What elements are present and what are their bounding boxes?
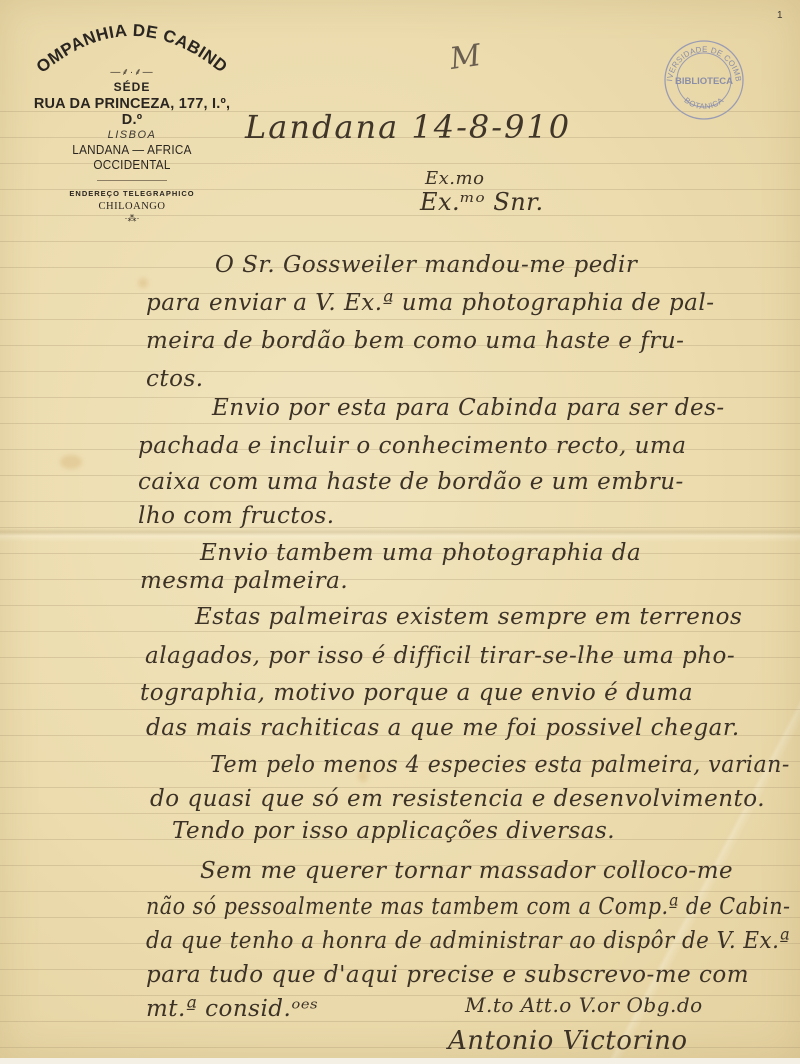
letter-line: Sem me querer tornar massador colloco-me bbox=[200, 858, 733, 884]
letter-line: caixa com uma haste de bordão e um embru… bbox=[138, 469, 684, 495]
letter-line: Envio tambem uma photographia da bbox=[200, 540, 641, 566]
letter-line: Tendo por isso applicações diversas. bbox=[172, 818, 615, 844]
letter-line: da que tenho a honra de administrar ao d… bbox=[146, 928, 790, 954]
library-stamp-icon: UNIVERSIDADE DE COIMBRA BOTANICA BIBLIOT… bbox=[662, 38, 746, 122]
telegraph-label: ENDEREÇO TELEGRAPHICO bbox=[22, 189, 242, 198]
letterhead: COMPANHIA DE CABINDA —⸙·⸙— SÉDE RUA DA P… bbox=[22, 6, 242, 224]
stamp-center-text: BIBLIOTECA bbox=[675, 76, 733, 87]
letter-line: mesma palmeira. bbox=[140, 568, 348, 594]
letter-line: Estas palmeiras existem sempre em terren… bbox=[195, 604, 742, 630]
sede-label: SÉDE bbox=[22, 80, 242, 94]
company-address: RUA DA PRINCEZA, 177, I.º, D.º bbox=[22, 96, 242, 128]
closing: M.to Att.o V.or Obg.do bbox=[465, 993, 703, 1017]
letter-line: ctos. bbox=[146, 366, 204, 392]
telegraph-address: CHILOANGO bbox=[22, 201, 242, 212]
company-city: LISBOA bbox=[22, 129, 242, 141]
company-region: LANDANA — AFRICA OCCIDENTAL bbox=[33, 142, 231, 172]
letter-line: das mais rachiticas a que me foi possive… bbox=[146, 715, 740, 741]
letter-line: tographia, motivo porque a que envio é d… bbox=[140, 680, 693, 706]
letter-line: lho com fructos. bbox=[138, 503, 335, 529]
letter-line: Envio por esta para Cabinda para ser des… bbox=[212, 395, 725, 421]
signature: Antonio Victorino bbox=[448, 1026, 688, 1056]
marginal-initial: M bbox=[448, 38, 483, 77]
letter-line: não só pessoalmente mas tambem com a Com… bbox=[146, 894, 790, 920]
letter-line: O Sr. Gossweiler mandou-me pedir bbox=[215, 252, 637, 278]
letter-line: meira de bordão bem como uma haste e fru… bbox=[146, 328, 684, 354]
letter-line: Tem pelo menos 4 especies esta palmeira,… bbox=[210, 752, 790, 778]
letter-line: alagados, por isso é difficil tirar-se-l… bbox=[145, 643, 735, 669]
page-number: 1 bbox=[777, 10, 783, 21]
ornament-bottom-icon: ·⁂· bbox=[22, 213, 242, 224]
letter-line: do quasi que só em resistencia e desenvo… bbox=[150, 786, 765, 812]
letter-line: mt.ª consid.ᵒᵉˢ bbox=[146, 996, 318, 1022]
letter-line: pachada e incluir o conhecimento recto, … bbox=[138, 433, 686, 459]
salutation-line-2: Ex.ᵐᵒ Snr. bbox=[420, 188, 544, 216]
place-date: Landana 14-8-910 bbox=[245, 108, 571, 146]
stain bbox=[138, 278, 148, 288]
stain bbox=[60, 455, 82, 469]
letter-line: para tudo que d'aqui precise e subscrevo… bbox=[146, 962, 749, 988]
letter-line: para enviar a V. Ex.ª uma photographia d… bbox=[146, 290, 714, 316]
divider bbox=[97, 180, 167, 181]
salutation-line-1: Ex.mo bbox=[425, 168, 484, 189]
svg-text:BOTANICA: BOTANICA bbox=[682, 96, 725, 112]
stamp-bottom-text: BOTANICA bbox=[682, 96, 725, 112]
